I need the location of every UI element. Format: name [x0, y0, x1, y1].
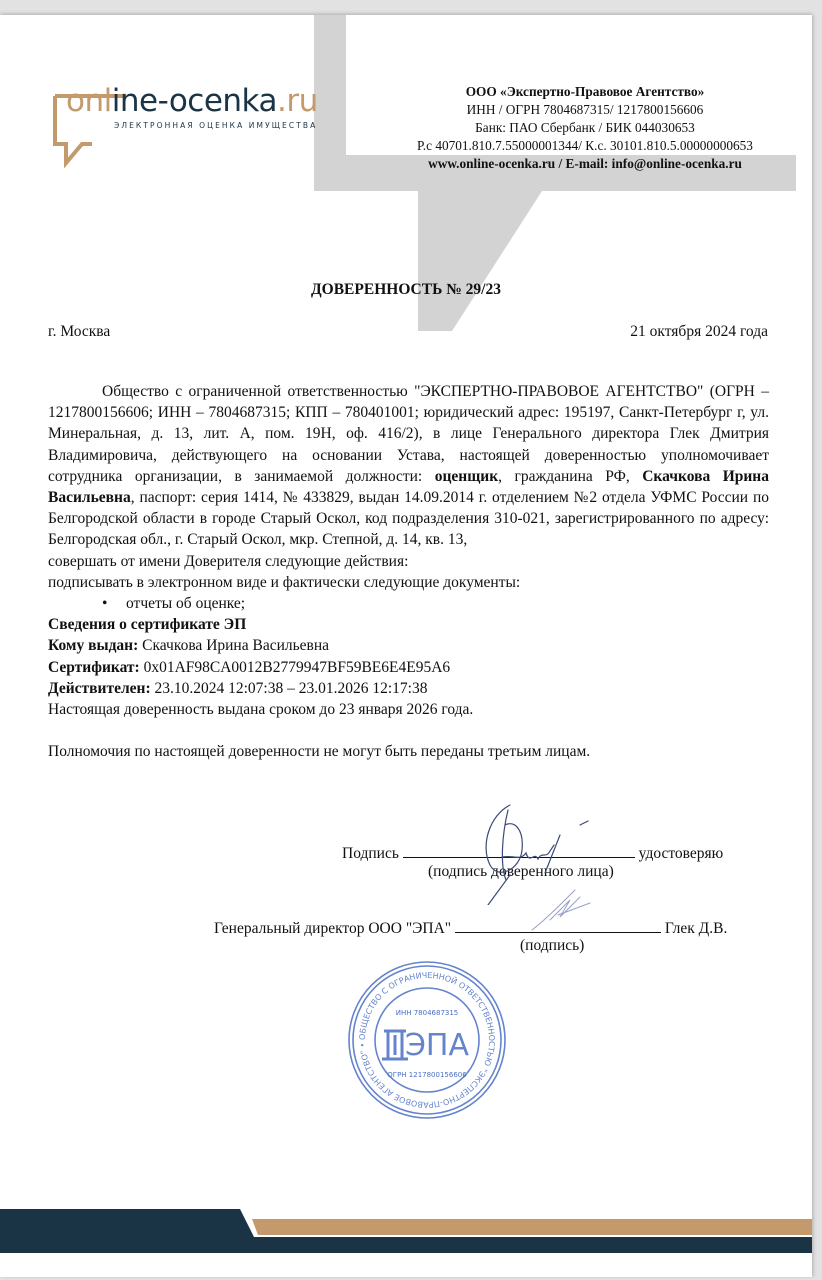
- svg-text:ОБЩЕСТВО С ОГРАНИЧЕННОЙ ОТВЕТС: ОБЩЕСТВО С ОГРАНИЧЕННОЙ ОТВЕТСТВЕННОСТЬЮ…: [342, 955, 496, 1109]
- certificate-issued-to: Кому выдан: Скачкова Ирина Васильевна: [48, 635, 769, 656]
- authorized-signature-caption: (подпись доверенного лица): [428, 863, 614, 881]
- svg-text:ОГРН 1217800156606: ОГРН 1217800156606: [387, 1071, 467, 1079]
- main-paragraph: Общество с ограниченной ответственностью…: [48, 381, 769, 551]
- document-title: ДОВЕРЕННОСТЬ № 29/23: [0, 281, 812, 299]
- certificate-heading: Сведения о сертификате ЭП: [48, 614, 769, 635]
- company-contacts: www.online-ocenka.ru / E-mail: info@onli…: [370, 155, 800, 173]
- certificate-validity: Действителен: 23.10.2024 12:07:38 – 23.0…: [48, 678, 769, 699]
- position-title: оценщик: [435, 468, 498, 485]
- actions-intro: совершать от имени Доверителя следующие …: [48, 551, 769, 572]
- no-transfer-statement: Полномочия по настоящей доверенности не …: [48, 741, 769, 762]
- certificate-number: Сертификат: 0x01AF98CA0012B2779947BF59BE…: [48, 657, 769, 678]
- signature-field: [403, 843, 635, 858]
- bullet-icon: •: [102, 593, 126, 614]
- director-signature-line: Генеральный директор ООО "ЭПА" Глек Д.В.: [214, 918, 727, 938]
- company-logo: online-ocenka.ru ЭЛЕКТРОННАЯ ОЦЕНКА ИМУЩ…: [52, 81, 352, 171]
- logo-tagline: ЭЛЕКТРОННАЯ ОЦЕНКА ИМУЩЕСТВА: [114, 121, 317, 130]
- company-accounts: Р.с 40701.810.7.55000001344/ К.с. 30101.…: [370, 137, 800, 155]
- document-page: online-ocenka.ru ЭЛЕКТРОННАЯ ОЦЕНКА ИМУЩ…: [0, 15, 812, 1277]
- company-name: ООО «Экспертно-Правовое Агентство»: [370, 83, 800, 101]
- authorized-signature-line: Подпись удостоверяю: [342, 843, 723, 863]
- company-bank: Банк: ПАО Сбербанк / БИК 044030653: [370, 119, 800, 137]
- company-details: ООО «Экспертно-Правовое Агентство» ИНН /…: [370, 83, 800, 173]
- director-signature-field: [455, 918, 661, 933]
- svg-text:ИНН 7804687315: ИНН 7804687315: [396, 1009, 459, 1017]
- document-city: г. Москва: [48, 323, 110, 341]
- list-item: •отчеты об оценке;: [102, 593, 769, 614]
- documents-intro: подписывать в электронном виде и фактиче…: [48, 572, 769, 593]
- footer-decorative-band: [0, 1209, 812, 1253]
- company-inn-ogrn: ИНН / ОГРН 7804687315/ 1217800156606: [370, 101, 800, 119]
- company-seal-stamp-icon: ОБЩЕСТВО С ОГРАНИЧЕННОЙ ОТВЕТСТВЕННОСТЬЮ…: [342, 955, 512, 1125]
- document-date: 21 октября 2024 года: [630, 323, 768, 341]
- logo-wordmark: online-ocenka.ru: [66, 83, 318, 119]
- director-signature-caption: (подпись): [520, 937, 584, 955]
- term-statement: Настоящая доверенность выдана сроком до …: [48, 699, 769, 720]
- svg-text:ЭПА: ЭПА: [405, 1028, 470, 1063]
- document-body: Общество с ограниченной ответственностью…: [48, 381, 769, 762]
